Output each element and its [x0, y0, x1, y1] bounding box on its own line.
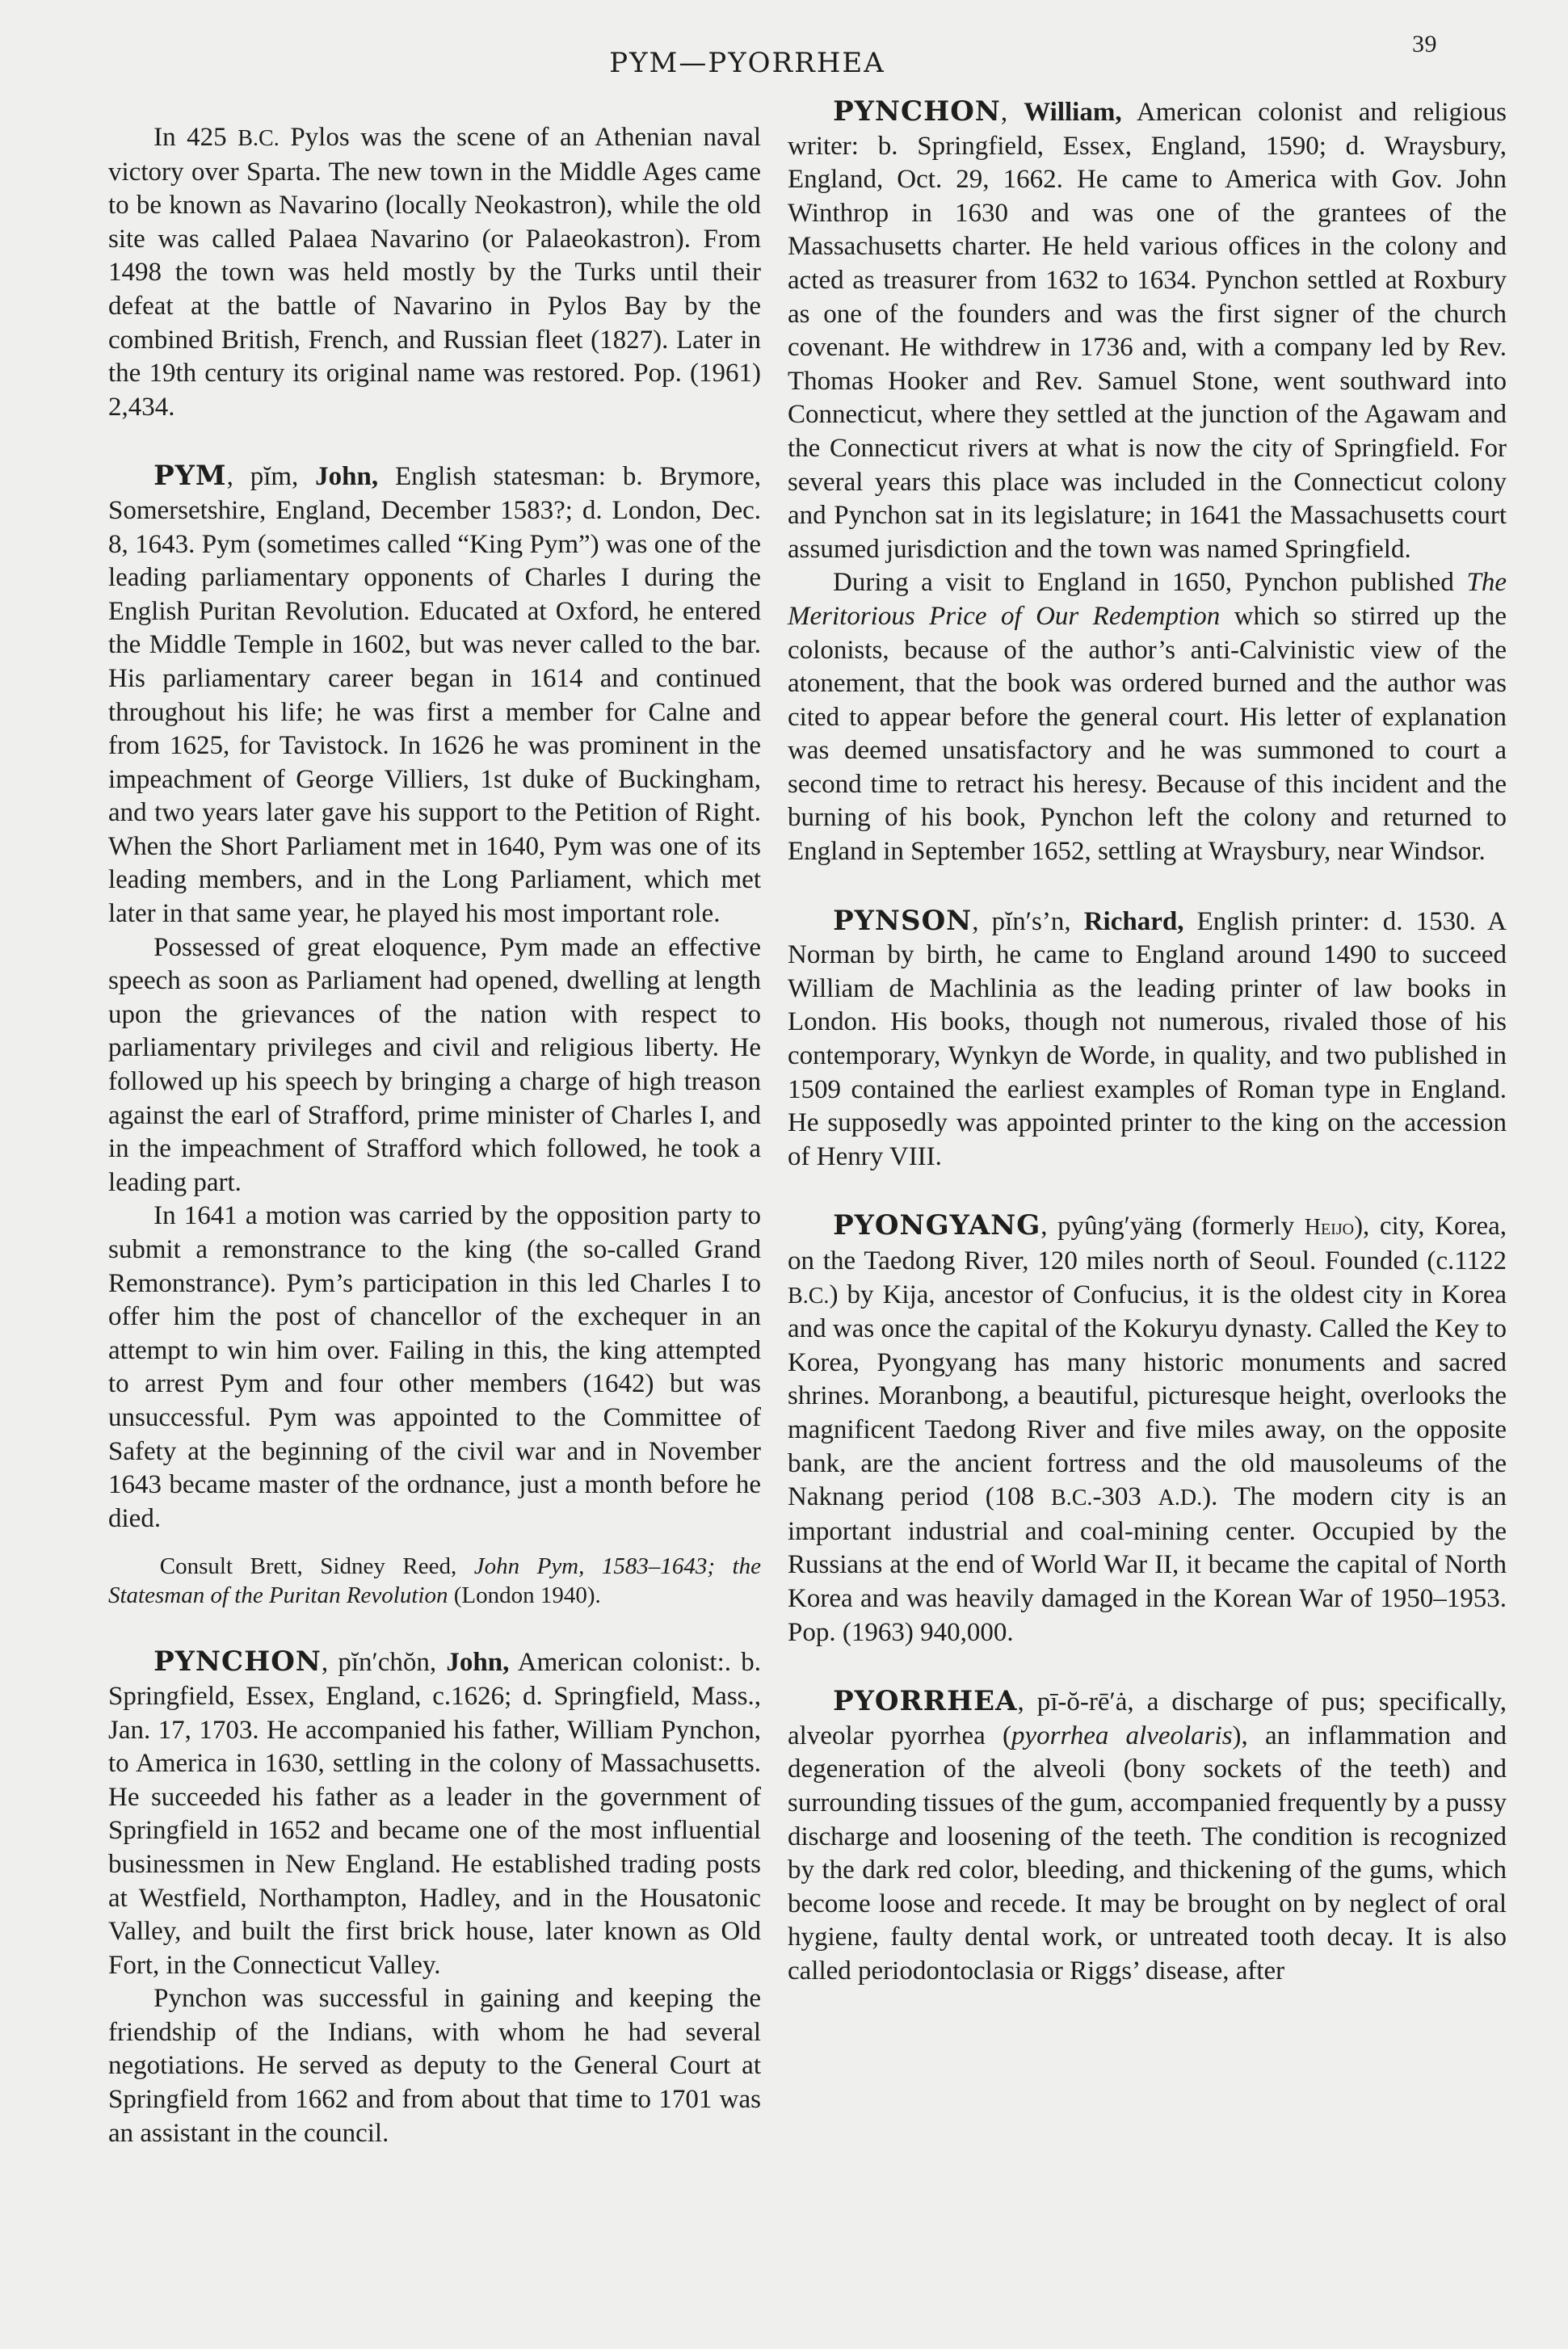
left-column: In 425 B.C. Pylos was the scene of an At…	[108, 121, 761, 2150]
entry-pyongyang: PYONGYANG, pyûng′yäng (formerly Heijo), …	[788, 1209, 1507, 1649]
headword: PYM	[153, 460, 226, 492]
latin-term: pyorrhea alveolaris	[1011, 1721, 1233, 1750]
entry-gap	[788, 1649, 1507, 1685]
entry-gap	[788, 1174, 1507, 1209]
given-name: John,	[315, 462, 378, 491]
entry-pym: PYM, pĭm, John, English statesman: b. Br…	[108, 460, 761, 1610]
entry-pynson-intro: PYNSON, pĭn′s’n, Richard, English printe…	[788, 905, 1507, 1174]
pronunciation: , pĭm,	[227, 462, 316, 491]
entry-pym-intro: PYM, pĭm, John, English statesman: b. Br…	[108, 460, 761, 931]
entry-pyongyang-intro: PYONGYANG, pyûng′yäng (formerly Heijo), …	[788, 1209, 1507, 1649]
entry-pym-para-2: Possessed of great eloquence, Pym made a…	[108, 931, 761, 1200]
headword: PYNCHON	[833, 95, 1001, 128]
pronunciation: , pī-ŏ-rē′ȧ,	[1017, 1687, 1146, 1717]
headword: PYORRHEA	[833, 1685, 1017, 1717]
running-head: PYM—PYORRHEA	[0, 47, 1494, 79]
entry-pyorrhea-intro: PYORRHEA, pī-ŏ-rē′ȧ, a discharge of pus;…	[788, 1685, 1507, 1988]
entry-pym-para-3: In 1641 a motion was carried by the oppo…	[108, 1200, 761, 1536]
entry-gap	[108, 424, 761, 460]
entry-pynchon-john-intro: PYNCHON, pĭn′chŏn, John, American coloni…	[108, 1645, 761, 1982]
entry-pynchon-john: PYNCHON, pĭn′chŏn, John, American coloni…	[108, 1645, 761, 2150]
headword: PYNSON	[833, 905, 972, 937]
pronunciation: , pĭn′s’n,	[972, 907, 1083, 936]
headword: PYNCHON	[153, 1645, 322, 1678]
entry-pynchon-john-para-2: Pynchon was successful in gaining and ke…	[108, 1982, 761, 2150]
entry-gap	[108, 1610, 761, 1645]
given-name: William,	[1024, 98, 1121, 127]
bibliography-note: Consult Brett, Sidney Reed, John Pym, 15…	[108, 1552, 761, 1610]
pronunciation: , pĭn′chŏn,	[322, 1648, 447, 1677]
entry-pynchon-william-intro: PYNCHON, William, American colonist and …	[788, 95, 1507, 566]
given-name: John,	[446, 1648, 509, 1677]
entry-pyorrhea: PYORRHEA, pī-ŏ-rē′ȧ, a discharge of pus;…	[788, 1685, 1507, 1988]
entry-pynchon-william-para-2: During a visit to England in 1650, Pynch…	[788, 566, 1507, 868]
entry-pynchon-william: PYNCHON, William, American colonist and …	[788, 95, 1507, 869]
former-name: Heijo	[1305, 1215, 1354, 1240]
entry-gap	[788, 869, 1507, 905]
headword: PYONGYANG	[833, 1209, 1040, 1242]
pronunciation: , pyûng′yäng (formerly	[1040, 1212, 1304, 1241]
pylos-entry-continuation: In 425 B.C. Pylos was the scene of an At…	[108, 121, 761, 424]
bc-abbrev: B.C.	[238, 126, 279, 151]
given-name: Richard,	[1084, 907, 1184, 936]
right-column: PYNCHON, William, American colonist and …	[788, 95, 1507, 1988]
entry-pynson: PYNSON, pĭn′s’n, Richard, English printe…	[788, 905, 1507, 1174]
